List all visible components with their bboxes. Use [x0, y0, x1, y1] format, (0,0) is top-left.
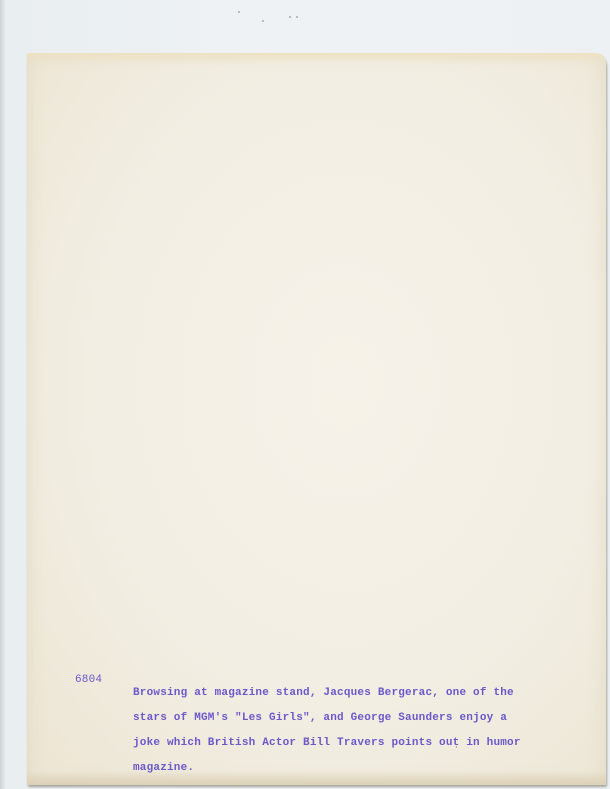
pencil-mark: · [454, 743, 459, 752]
caption-line: magazine. [133, 762, 563, 775]
caption-text: Browsing at magazine stand, Jacques Berg… [133, 674, 563, 787]
dust-speck [238, 11, 240, 13]
scanner-dust [0, 0, 610, 60]
caption-number: 6804 [75, 674, 102, 687]
caption-line: joke which British Actor Bill Travers po… [133, 737, 563, 750]
dust-speck [262, 20, 264, 22]
dust-speck [296, 16, 298, 18]
caption-line: stars of MGM's "Les Girls", and George S… [133, 712, 563, 725]
pencil-mark: ¦ [306, 737, 311, 746]
dust-speck [289, 16, 291, 18]
caption-line: Browsing at magazine stand, Jacques Berg… [133, 687, 563, 700]
